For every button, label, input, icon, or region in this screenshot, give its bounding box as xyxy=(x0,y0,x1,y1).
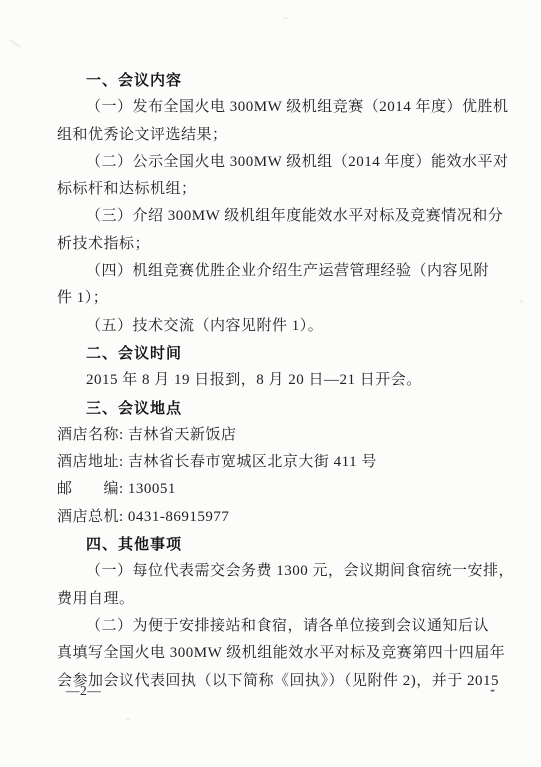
text-line: 邮 编: 130051 xyxy=(57,476,483,503)
section-heading: 一、会议内容 xyxy=(57,67,483,94)
text-line: 费用自理。 xyxy=(57,586,483,613)
document-body: 一、会议内容（一）发布全国火电 300MW 级机组竞赛（2014 年度）优胜机组… xyxy=(57,67,483,695)
text-line: 真填写全国火电 300MW 级机组能效水平对标及竞赛第四十四届年 xyxy=(57,640,483,667)
section-heading: 二、会议时间 xyxy=(57,340,483,367)
text-line: 酒店总机: 0431-86915977 xyxy=(57,504,483,531)
text-line: （一）发布全国火电 300MW 级机组竞赛（2014 年度）优胜机 xyxy=(57,94,483,121)
text-line: （三）介绍 300MW 级机组年度能效水平对标及竞赛情况和分 xyxy=(57,203,483,230)
text-line: 酒店名称: 吉林省天新饭店 xyxy=(57,422,483,449)
text-line: 件 1）； xyxy=(57,285,483,312)
scan-noise-speck xyxy=(520,300,523,303)
text-line: （二）为便于安排接站和食宿，请各单位接到会议通知后认 xyxy=(57,613,483,640)
text-line: 2015 年 8 月 19 日报到，8 月 20 日—21 日开会。 xyxy=(57,367,483,394)
text-line: 组和优秀论文评选结果； xyxy=(57,122,483,149)
text-line: （五）技术交流（内容见附件 1）。 xyxy=(57,313,483,340)
text-line: （一）每位代表需交会务费 1300 元，会议期间食宿统一安排， xyxy=(57,558,483,585)
section-heading: 三、会议地点 xyxy=(57,395,483,422)
scanned-document-page: 一、会议内容（一）发布全国火电 300MW 级机组竞赛（2014 年度）优胜机组… xyxy=(0,0,541,767)
text-line: （二）公示全国火电 300MW 级机组（2014 年度）能效水平对 xyxy=(57,149,483,176)
text-line: 析技术指标； xyxy=(57,231,483,258)
scan-noise-speck xyxy=(283,17,288,19)
text-line: 标标杆和达标机组； xyxy=(57,176,483,203)
scan-noise-speck xyxy=(125,718,131,720)
text-line: 酒店地址: 吉林省长春市宽城区北京大街 411 号 xyxy=(57,449,483,476)
page-number: —2— xyxy=(66,682,101,700)
text-line: 会参加会议代表回执（以下简称《回执》）（见附件 2)，并于 2015 xyxy=(57,668,483,695)
scan-noise-speck xyxy=(8,38,21,48)
text-line: （四）机组竞赛优胜企业介绍生产运营管理经验（内容见附 xyxy=(57,258,483,285)
section-heading: 四、其他事项 xyxy=(57,531,483,558)
scan-artifact-dash: - xyxy=(489,684,496,696)
